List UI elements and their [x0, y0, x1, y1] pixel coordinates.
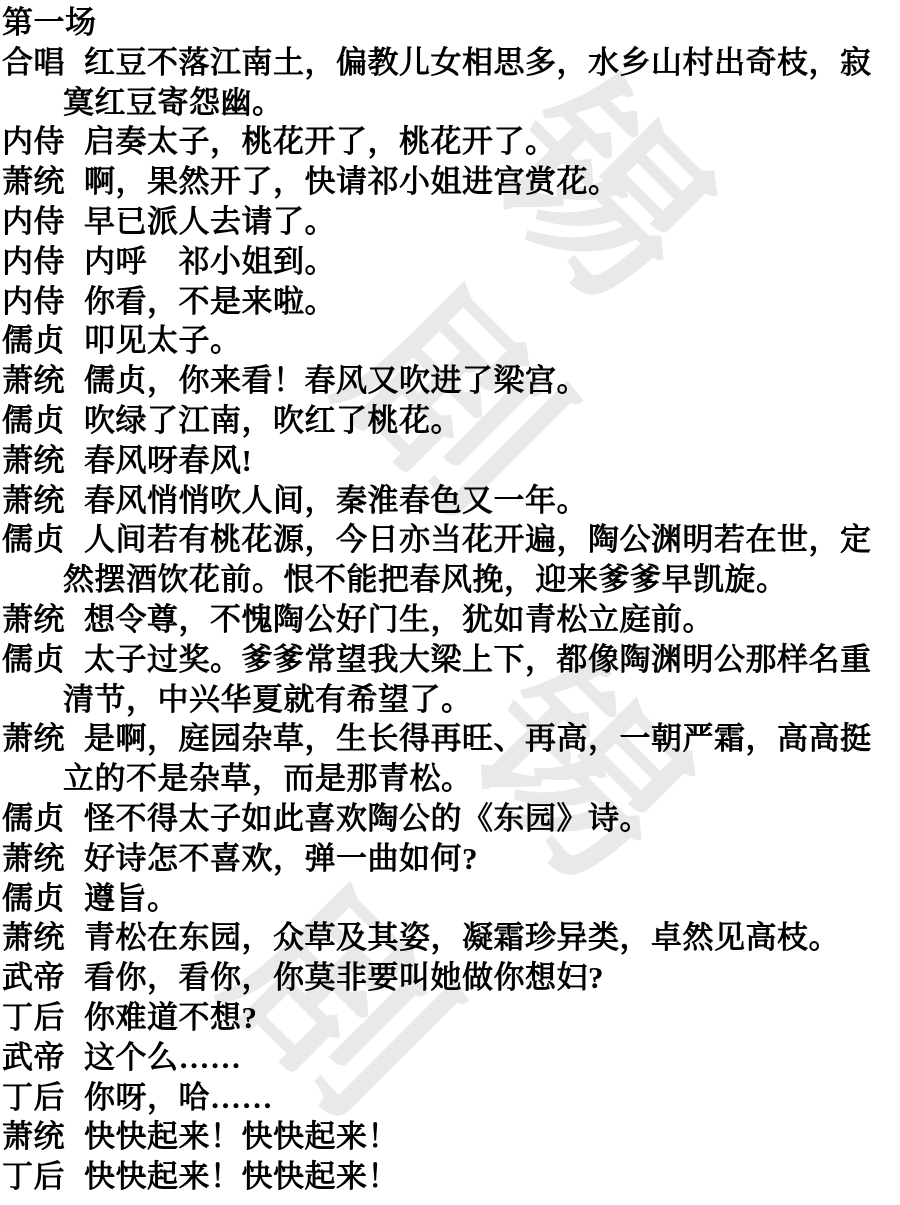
speaker-label: 儒贞 — [2, 799, 84, 839]
speaker-label: 内侍 — [2, 202, 84, 242]
speaker-label: 合唱 — [2, 43, 84, 83]
dialogue-text: 春风悄悄吹人间，秦淮春色又一年。 — [84, 483, 588, 518]
dialogue-text: 看你，看你，你莫非要叫她做你想妇? — [84, 960, 604, 995]
dialogue-line: 萧统儒贞，你来看！春风又吹进了梁宫。 — [2, 361, 882, 401]
dialogue-line: 萧统想令尊，不愧陶公好门生，犹如青松立庭前。 — [2, 600, 882, 640]
dialogue-line: 萧统青松在东园，众草及其姿，凝霜珍异类，卓然见高枝。 — [2, 918, 882, 958]
dialogue-text: 遵旨。 — [84, 881, 179, 916]
dialogue-line: 武帝这个么…… — [2, 1038, 882, 1078]
speaker-label: 丁后 — [2, 1157, 84, 1197]
script-content: 第一场 合唱红豆不落江南土，偏教儿女相思多，水乡山村出奇枝，寂寞红豆寄怨幽。内侍… — [0, 0, 900, 1197]
dialogue-text: 红豆不落江南土，偏教儿女相思多，水乡山村出奇枝，寂寞红豆寄怨幽。 — [63, 45, 872, 120]
dialogue-line: 内侍启奏太子，桃花开了，桃花开了。 — [2, 122, 882, 162]
dialogue-line: 儒贞太子过奖。爹爹常望我大梁上下，都像陶渊明公那样名重清节，中兴华夏就有希望了。 — [2, 640, 882, 720]
dialogue-text: 内呼 祁小姐到。 — [84, 244, 336, 279]
speaker-label: 武帝 — [2, 1038, 84, 1078]
dialogue-line: 萧统快快起来！快快起来！ — [2, 1117, 882, 1157]
dialogue-text: 你看，不是来啦。 — [84, 284, 336, 319]
speaker-label: 萧统 — [2, 1117, 84, 1157]
speaker-label: 儒贞 — [2, 640, 84, 680]
dialogue-text: 人间若有桃花源，今日亦当花开遍，陶公渊明若在世，定然摆酒饮花前。恨不能把春风挽，… — [63, 522, 872, 597]
dialogue-line: 儒贞吹绿了江南，吹红了桃花。 — [2, 401, 882, 441]
dialogue-line: 合唱红豆不落江南土，偏教儿女相思多，水乡山村出奇枝，寂寞红豆寄怨幽。 — [2, 43, 882, 123]
dialogue-text: 你难道不想? — [84, 1000, 258, 1035]
dialogue-line: 萧统啊，果然开了，快请祁小姐进宫赏花。 — [2, 162, 882, 202]
dialogue-text: 青松在东园，众草及其姿，凝霜珍异类，卓然见高枝。 — [84, 920, 840, 955]
script-page: 锡剧锡剧 第一场 合唱红豆不落江南土，偏教儿女相思多，水乡山村出奇枝，寂寞红豆寄… — [0, 0, 900, 1205]
speaker-label: 萧统 — [2, 441, 84, 481]
dialogue-line: 武帝看你，看你，你莫非要叫她做你想妇? — [2, 958, 882, 998]
dialogue-line: 儒贞叩见太子。 — [2, 321, 882, 361]
speaker-label: 内侍 — [2, 242, 84, 282]
speaker-label: 丁后 — [2, 1078, 84, 1118]
dialogue-text: 是啊，庭园杂草，生长得再旺、再高，一朝严霜，高高挺立的不是杂草，而是那青松。 — [63, 721, 872, 796]
dialogue-text: 你呀，哈…… — [84, 1080, 273, 1115]
dialogue-text: 早已派人去请了。 — [84, 204, 336, 239]
dialogue-line: 萧统是啊，庭园杂草，生长得再旺、再高，一朝严霜，高高挺立的不是杂草，而是那青松。 — [2, 719, 882, 799]
dialogue-text: 快快起来！快快起来！ — [84, 1159, 399, 1194]
speaker-label: 萧统 — [2, 481, 84, 521]
dialogue-text: 啊，果然开了，快请祁小姐进宫赏花。 — [84, 164, 620, 199]
dialogue-line: 丁后快快起来！快快起来！ — [2, 1157, 882, 1197]
speaker-label: 萧统 — [2, 719, 84, 759]
dialogue-line: 内侍早已派人去请了。 — [2, 202, 882, 242]
dialogue-text: 怪不得太子如此喜欢陶公的《东园》诗。 — [84, 801, 651, 836]
speaker-label: 萧统 — [2, 162, 84, 202]
dialogue-line: 萧统好诗怎不喜欢，弹一曲如何? — [2, 839, 882, 879]
dialogue-line: 丁后你难道不想? — [2, 998, 882, 1038]
dialogue-line: 萧统春风悄悄吹人间，秦淮春色又一年。 — [2, 481, 882, 521]
speaker-label: 萧统 — [2, 600, 84, 640]
speaker-label: 内侍 — [2, 282, 84, 322]
dialogue-text: 好诗怎不喜欢，弹一曲如何? — [84, 841, 478, 876]
dialogue-line: 内侍内呼 祁小姐到。 — [2, 242, 882, 282]
speaker-label: 丁后 — [2, 998, 84, 1038]
dialogue-text: 春风呀春风! — [84, 443, 252, 478]
dialogue-line: 内侍你看，不是来啦。 — [2, 282, 882, 322]
dialogue-text: 叩见太子。 — [84, 323, 242, 358]
dialogue-text: 这个么…… — [84, 1040, 242, 1075]
speaker-label: 武帝 — [2, 958, 84, 998]
dialogue-text: 启奏太子，桃花开了，桃花开了。 — [84, 124, 557, 159]
dialogue-line: 儒贞遵旨。 — [2, 879, 882, 919]
dialogue-line: 丁后你呀，哈…… — [2, 1078, 882, 1118]
speaker-label: 内侍 — [2, 122, 84, 162]
dialogue-text: 儒贞，你来看！春风又吹进了梁宫。 — [84, 363, 588, 398]
speaker-label: 儒贞 — [2, 401, 84, 441]
dialogue-text: 太子过奖。爹爹常望我大梁上下，都像陶渊明公那样名重清节，中兴华夏就有希望了。 — [63, 642, 872, 717]
dialogue-line: 萧统春风呀春风! — [2, 441, 882, 481]
dialogue-text: 快快起来！快快起来！ — [84, 1119, 399, 1154]
dialogue-line: 儒贞怪不得太子如此喜欢陶公的《东园》诗。 — [2, 799, 882, 839]
speaker-label: 萧统 — [2, 839, 84, 879]
dialogue-text: 想令尊，不愧陶公好门生，犹如青松立庭前。 — [84, 602, 714, 637]
speaker-label: 萧统 — [2, 361, 84, 401]
scene-title: 第一场 — [2, 3, 882, 43]
speaker-label: 儒贞 — [2, 321, 84, 361]
dialogue-line: 儒贞人间若有桃花源，今日亦当花开遍，陶公渊明若在世，定然摆酒饮花前。恨不能把春风… — [2, 520, 882, 600]
dialogue-text: 吹绿了江南，吹红了桃花。 — [84, 403, 462, 438]
speaker-label: 儒贞 — [2, 520, 84, 560]
speaker-label: 萧统 — [2, 918, 84, 958]
speaker-label: 儒贞 — [2, 879, 84, 919]
